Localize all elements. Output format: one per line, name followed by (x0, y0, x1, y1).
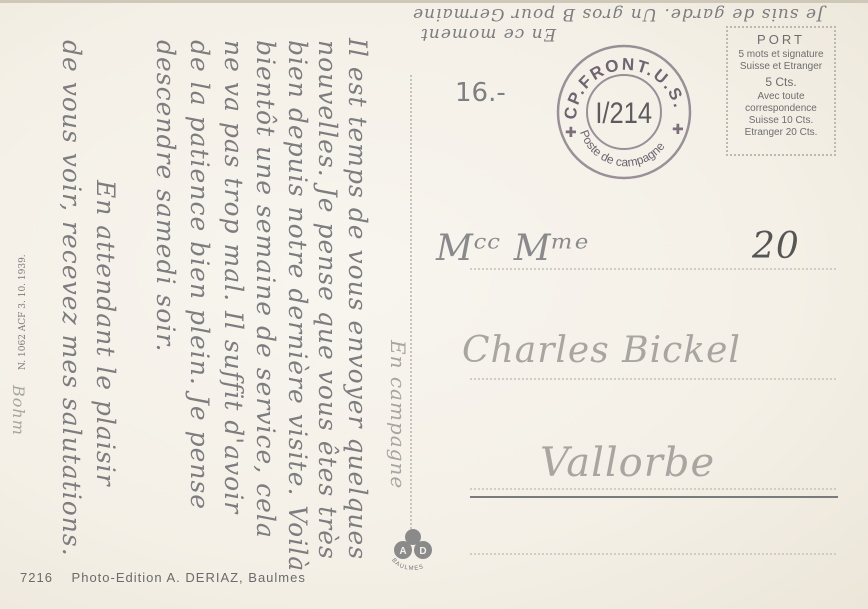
postmark-icon: CP.FRONT.U.S. Poste de campagne I/214 ✚ … (554, 42, 694, 182)
address-line-1 (470, 268, 836, 270)
message-line-3: bien depuis notre dernière visite. Voilà (283, 40, 312, 572)
message-line-8: En attendant le plaisir (91, 180, 120, 487)
address-number: 20 (752, 226, 800, 267)
upside-down-note-1: Je suis de garde. Un gros B pour Germain… (412, 4, 824, 24)
svg-text:D: D (419, 546, 426, 557)
port-rate: 5 Cts. (728, 76, 834, 88)
port-line-1: 5 mots et signature (728, 49, 834, 61)
address-town: Vallorbe (540, 440, 715, 486)
address-line-3 (470, 488, 836, 490)
port-line-6: Etranger 20 Cts. (728, 127, 834, 139)
card-number: 7216 (20, 570, 53, 585)
publisher-imprint: 7216 Photo-Edition A. DERIAZ, Baulmes (20, 570, 306, 585)
printed-code: N. 1062 ACF 3. 10. 1939. (18, 254, 28, 370)
publisher-logo: A D BAULMES (388, 524, 438, 574)
port-line-5: Suisse 10 Cts. (728, 115, 834, 127)
port-line-2: Suisse et Etranger (728, 61, 834, 73)
address-salutation: Mᶜᶜ Mᵐᵉ (436, 228, 590, 269)
message-line-9: de vous voir, recevez mes salutations. (57, 40, 86, 557)
address-underline (470, 496, 838, 498)
signature: Bohm (9, 385, 28, 436)
publisher-name: Photo-Edition A. DERIAZ, Baulmes (72, 570, 306, 585)
price-note: 16.- (455, 78, 506, 108)
message-line-4: bientôt une semaine de service, cela (251, 40, 280, 539)
message-line-7: descendre samedi soir. (151, 40, 180, 352)
address-line-2 (470, 378, 836, 380)
postmark-stamp: CP.FRONT.U.S. Poste de campagne I/214 ✚ … (554, 42, 694, 182)
center-divider (410, 75, 412, 545)
svg-text:✚: ✚ (672, 121, 684, 137)
port-line-4: correspondence (728, 103, 834, 115)
clover-logo-icon: A D BAULMES (388, 524, 438, 574)
port-title: PORT (728, 34, 834, 46)
card-top-edge (0, 0, 868, 3)
address-line-4 (470, 553, 836, 555)
postage-box: PORT 5 mots et signature Suisse et Etran… (726, 26, 836, 156)
upside-down-note-2: En ce moment (420, 24, 556, 44)
port-line-3: Avec toute (728, 91, 834, 103)
postcard: Je suis de garde. Un gros B pour Germain… (0, 0, 868, 609)
message-line-6: de la patience bien plein. Je pense (185, 40, 214, 510)
side-note: En campagne (386, 340, 410, 489)
message-line-5: ne va pas trop mal. Il suffit d'avoir (219, 40, 248, 514)
svg-text:I/214: I/214 (595, 96, 652, 129)
message-line-1: Il est temps de vous envoyer quelques (343, 38, 372, 560)
svg-text:BAULMES: BAULMES (390, 558, 425, 572)
svg-text:A: A (399, 546, 406, 557)
svg-text:✚: ✚ (565, 124, 577, 140)
address-name: Charles Bickel (462, 330, 741, 371)
message-line-2: nouvelles. Je pense que vous êtes très (313, 40, 342, 560)
